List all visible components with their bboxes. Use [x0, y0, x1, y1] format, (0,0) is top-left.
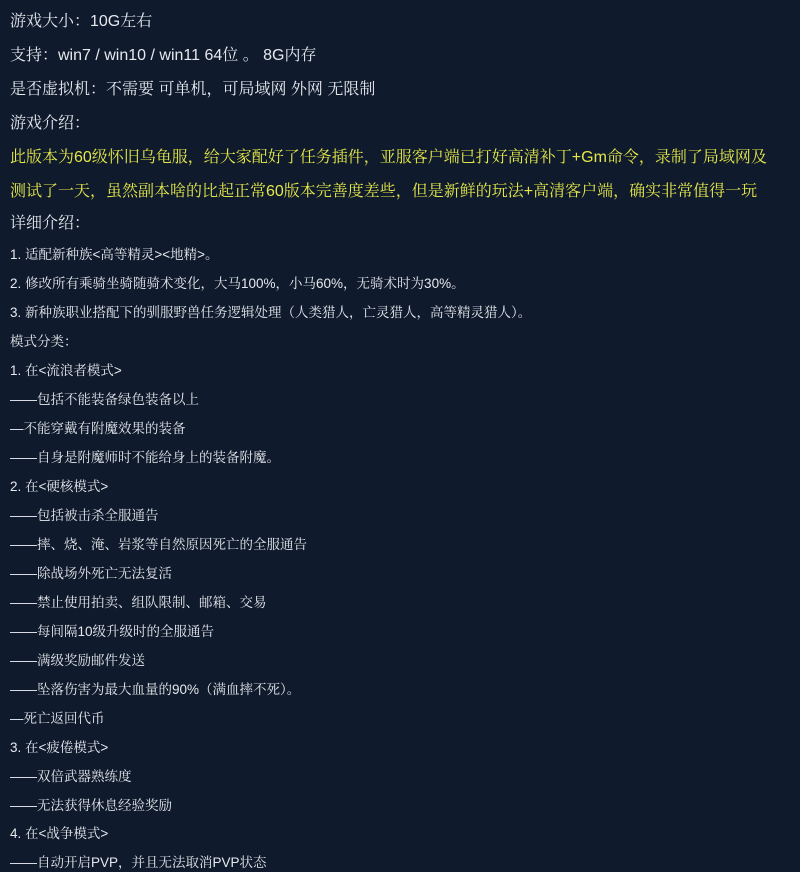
- game-description-page: 游戏大小：10G左右 支持：win7 / win10 / win11 64位 。…: [0, 0, 800, 872]
- mode-rule: ——自动开启PVP，并且无法取消PVP状态: [10, 851, 267, 871]
- mode-rule: ——摔、烧、淹、岩浆等自然原因死亡的全服通告: [10, 533, 307, 553]
- virtual-machine-text: 是否虚拟机：不需要 可单机，可局域网 外网 无限制: [10, 76, 375, 99]
- mode-heading: 3. 在<疲倦模式>: [10, 736, 108, 756]
- mode-heading: 2. 在<硬核模式>: [10, 475, 108, 495]
- mode-heading: 1. 在<流浪者模式>: [10, 359, 122, 379]
- mode-heading: 4. 在<战争模式>: [10, 822, 108, 842]
- detail-item: 2. 修改所有乘骑坐骑随骑术变化，大马100%，小马60%，无骑术时为30%。: [10, 272, 465, 292]
- mode-rule: ——满级奖励邮件发送: [10, 649, 145, 669]
- detail-item: 3. 新种族职业搭配下的驯服野兽任务逻辑处理（人类猎人，亡灵猎人，高等精灵猎人）…: [10, 301, 531, 321]
- mode-rule: ——自身是附魔师时不能给身上的装备附魔。: [10, 446, 280, 466]
- mode-rule: ——禁止使用拍卖、组队限制、邮箱、交易: [10, 591, 267, 611]
- intro-highlight-line-2: 测试了一天，虽然副本啥的比起正常60版本完善度差些，但是新鲜的玩法+高清客户端，…: [10, 178, 757, 201]
- mode-rule: ——包括不能装备绿色装备以上: [10, 388, 199, 408]
- mode-rule: —死亡返回代币: [10, 707, 105, 727]
- system-support-text: 支持：win7 / win10 / win11 64位 。 8G内存: [10, 42, 316, 65]
- detail-item: 1. 适配新种族<高等精灵><地精>。: [10, 243, 219, 263]
- mode-rule: ——包括被击杀全服通告: [10, 504, 159, 524]
- mode-rule: ——每间隔10级升级时的全服通告: [10, 620, 214, 640]
- mode-rule: ——除战场外死亡无法复活: [10, 562, 172, 582]
- mode-rule: —不能穿戴有附魔效果的装备: [10, 417, 186, 437]
- game-size-text: 游戏大小：10G左右: [10, 8, 152, 31]
- modes-title: 模式分类：: [10, 330, 78, 350]
- intro-highlight-line-1: 此版本为60级怀旧乌龟服，给大家配好了任务插件，亚服客户端已打好高清补丁+Gm命…: [10, 144, 767, 167]
- mode-rule: ——双倍武器熟练度: [10, 765, 132, 785]
- intro-title: 游戏介绍：: [10, 110, 90, 133]
- mode-rule: ——坠落伤害为最大血量的90%（满血摔不死）。: [10, 678, 300, 698]
- mode-rule: ——无法获得休息经验奖励: [10, 794, 172, 814]
- details-title: 详细介绍：: [10, 210, 90, 233]
